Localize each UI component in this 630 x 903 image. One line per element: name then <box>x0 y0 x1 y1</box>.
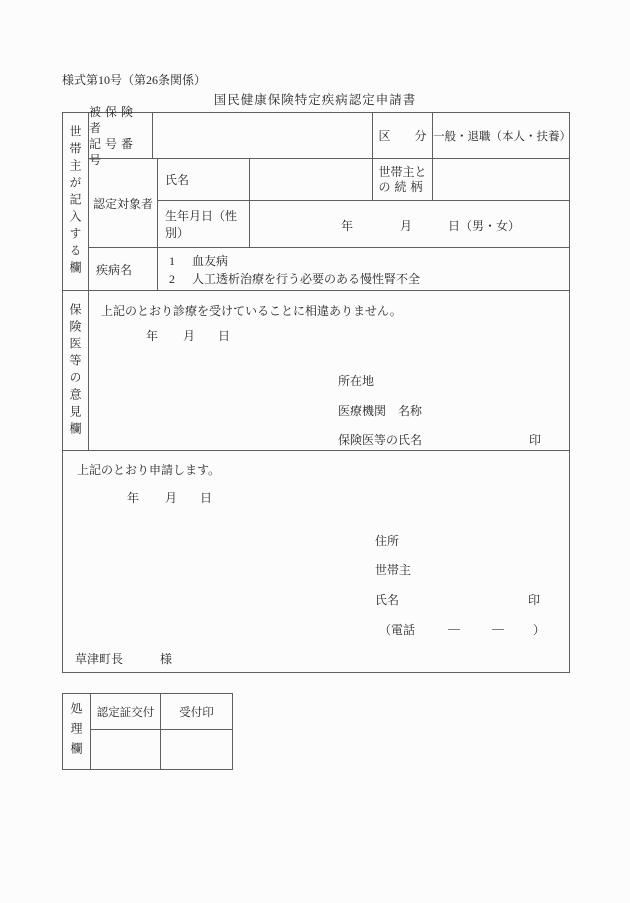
processing-side-label: 処理欄 <box>63 694 91 769</box>
doctor-date-day: 日 <box>218 327 230 344</box>
birthdate-label: 生年月日（性別） <box>158 201 250 248</box>
receipt-stamp-field <box>161 730 232 769</box>
doctor-name-label: 保険医等の氏名 <box>338 431 422 448</box>
disease-option-2: 2人工透析治療を行う必要のある慢性腎不全 <box>169 270 569 288</box>
receipt-stamp-header: 受付印 <box>161 694 232 730</box>
doctor-opinion-area: 上記のとおり診療を受けていることに相違ありません。 年 月 日 所在地 医療機関… <box>89 291 569 451</box>
application-date-day: 日 <box>200 489 212 506</box>
doctor-statement: 上記のとおり診療を受けていることに相違ありません。 <box>101 302 402 319</box>
main-table: 世帯主が記入する欄 被保険者 記号番号 区 分 一般・退職（本人・扶養） 認定対… <box>62 112 570 673</box>
doctor-date-year: 年 <box>146 327 158 344</box>
doctor-seal-label: 印 <box>529 431 541 448</box>
phone-dash-1: — <box>448 621 460 636</box>
applicant-address-label: 住所 <box>375 532 399 549</box>
relation-label: 世帯主と の続柄 <box>373 159 433 201</box>
addressee-label: 草津町長 <box>75 650 123 667</box>
doctor-date-month: 月 <box>183 327 195 344</box>
disease-label: 疾病名 <box>89 248 158 291</box>
addressee-suffix-label: 様 <box>160 650 172 667</box>
form-page: 様式第10号（第26条関係） 国民健康保険特定疾病認定申請書 世帯主が記入する欄… <box>0 0 630 903</box>
applicant-seal-label: 印 <box>528 591 540 608</box>
birthdate-month-label: 月 <box>400 217 412 234</box>
form-number: 様式第10号（第26条関係） <box>62 71 206 88</box>
phone-open-label: （電話 <box>379 621 415 638</box>
certificate-issue-header: 認定証交付 <box>91 694 161 730</box>
applicant-householder-label: 世帯主 <box>375 561 411 578</box>
name-field <box>250 159 373 201</box>
disease-options: 1血友病 2人工透析治療を行う必要のある慢性腎不全 <box>158 248 569 291</box>
application-statement: 上記のとおり申請します。 <box>77 461 220 478</box>
disease-option-1: 1血友病 <box>169 252 569 270</box>
relation-label-line2: の続柄 <box>378 180 426 195</box>
disease-option-2-number: 2 <box>169 270 192 288</box>
householder-side-label: 世帯主が記入する欄 <box>63 113 89 291</box>
insured-number-field <box>153 113 373 159</box>
insured-number-label: 被保険者 記号番号 <box>89 113 153 159</box>
doctor-side-label: 保険医等の意見欄 <box>63 291 89 451</box>
name-label: 氏名 <box>158 159 250 201</box>
birthdate-field: 年 月 日（男・女） <box>250 201 569 248</box>
disease-option-1-text: 血友病 <box>192 254 228 268</box>
disease-option-1-number: 1 <box>169 252 192 270</box>
birthdate-year-label: 年 <box>341 217 353 234</box>
category-value: 一般・退職（本人・扶養） <box>433 113 569 159</box>
certified-person-label: 認定対象者 <box>89 159 158 248</box>
phone-dash-2: — <box>492 621 504 636</box>
category-label: 区 分 <box>373 113 433 159</box>
certificate-issue-field <box>91 730 161 769</box>
application-date-year: 年 <box>127 489 139 506</box>
institution-name-label: 医療機関 名称 <box>338 402 422 419</box>
institution-address-label: 所在地 <box>338 372 374 389</box>
disease-option-2-text: 人工透析治療を行う必要のある慢性腎不全 <box>192 272 420 286</box>
phone-close-label: ） <box>533 621 545 638</box>
application-area: 上記のとおり申請します。 年 月 日 住所 世帯主 氏名 印 （電話 — — ）… <box>63 451 569 672</box>
insured-number-label-line1: 被保険者 <box>89 104 152 136</box>
applicant-name-label: 氏名 <box>375 591 399 608</box>
processing-table: 処理欄 認定証交付 受付印 <box>62 693 233 770</box>
application-date-month: 月 <box>165 489 177 506</box>
relation-field <box>433 159 569 201</box>
birthdate-day-label: 日（男・女） <box>448 217 520 234</box>
relation-label-line1: 世帯主と <box>378 165 426 180</box>
